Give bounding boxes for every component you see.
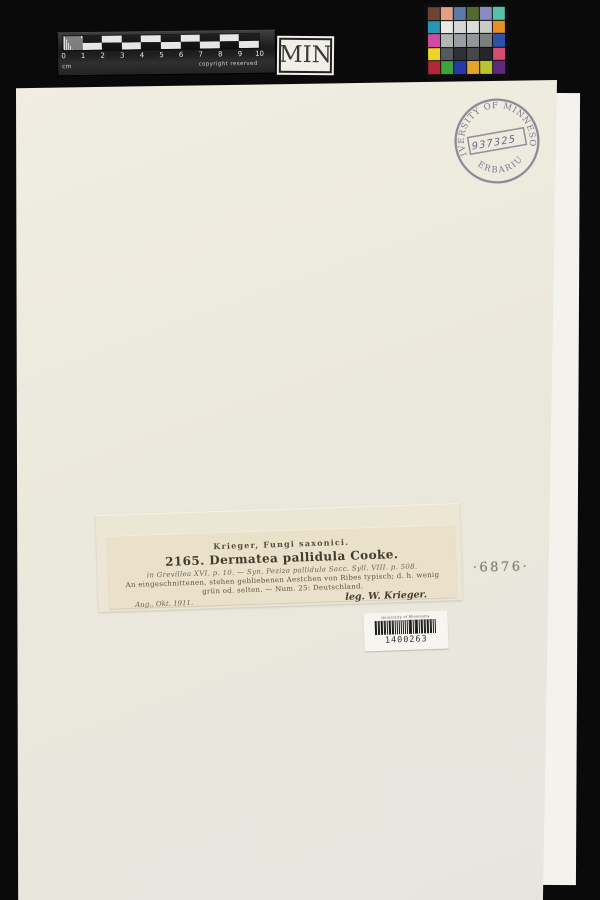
scale-segment [200, 34, 220, 48]
herbarium-photo: 012345678910 cm copyright reserved MIN U… [0, 0, 600, 900]
color-swatch [467, 20, 479, 33]
color-swatch [467, 34, 479, 47]
scale-segment [239, 34, 259, 48]
color-swatch [454, 48, 466, 61]
min-card-label: MIN [279, 44, 332, 68]
scale-segment [63, 36, 83, 50]
color-swatch [428, 21, 440, 34]
color-swatch [454, 61, 466, 74]
color-swatch [454, 7, 466, 20]
scale-segment [82, 36, 102, 50]
label-date: Aug., Okt. 1911. [135, 599, 193, 609]
barcode-label: University of Minnesota 1400263 [363, 611, 448, 652]
color-swatch [441, 34, 453, 47]
color-swatch [454, 34, 466, 47]
color-swatch [467, 7, 479, 20]
color-swatch [428, 48, 440, 61]
specimen-sheet [16, 80, 557, 900]
ruler-number: 4 [140, 51, 145, 59]
scale-segment [122, 35, 142, 49]
color-swatch [441, 48, 453, 61]
ruler-number: 5 [159, 51, 164, 59]
color-swatch [428, 61, 440, 74]
color-swatch [493, 61, 505, 74]
min-herbarium-card: MIN [277, 36, 334, 76]
scale-segment [180, 35, 200, 49]
color-swatch [428, 34, 440, 47]
scale-segment [161, 35, 181, 49]
scale-segment [141, 35, 161, 49]
color-swatch [441, 21, 453, 34]
specimen-label: Krieger, Fungi saxonici. 2165. Dermatea … [107, 524, 457, 608]
scale-bar [63, 34, 259, 50]
ruler-number: 7 [198, 51, 203, 59]
color-swatch [428, 7, 440, 20]
color-swatch [493, 20, 505, 33]
color-swatch [493, 34, 505, 47]
color-swatch [480, 7, 492, 20]
color-chart-grid [428, 7, 505, 74]
barcode-bars [375, 619, 437, 635]
ruler-number: 9 [238, 50, 243, 58]
ruler-number: 2 [100, 52, 105, 60]
color-calibration-chart [424, 3, 510, 78]
scale-segment [220, 34, 240, 48]
ruler-number: 0 [61, 52, 66, 60]
color-swatch [480, 34, 492, 47]
ruler-unit-label: cm [62, 63, 71, 70]
ruler-number: 3 [120, 52, 125, 60]
color-swatch [467, 47, 479, 60]
scale-segment [102, 36, 122, 50]
color-swatch [441, 61, 453, 74]
accession-number-stamp: ·6876· [456, 559, 546, 576]
color-swatch [467, 61, 479, 74]
color-swatch [480, 61, 492, 74]
herbarium-stamp: UNIVERSITY OF MINNESOTA HERBARIUM 937325 [444, 88, 551, 195]
ruler-number: 1 [81, 52, 86, 60]
color-swatch [480, 20, 492, 33]
ruler-number: 6 [179, 51, 184, 59]
ruler-number: 10 [255, 50, 264, 58]
scale-ruler: 012345678910 cm copyright reserved [57, 30, 277, 77]
barcode-bar [434, 619, 436, 633]
copyright-text: copyright reserved [176, 61, 280, 68]
color-swatch [493, 47, 505, 60]
color-swatch [493, 7, 505, 20]
color-swatch [441, 7, 453, 20]
ruler-number: 8 [218, 50, 223, 58]
color-swatch [480, 47, 492, 60]
color-swatch [454, 21, 466, 34]
